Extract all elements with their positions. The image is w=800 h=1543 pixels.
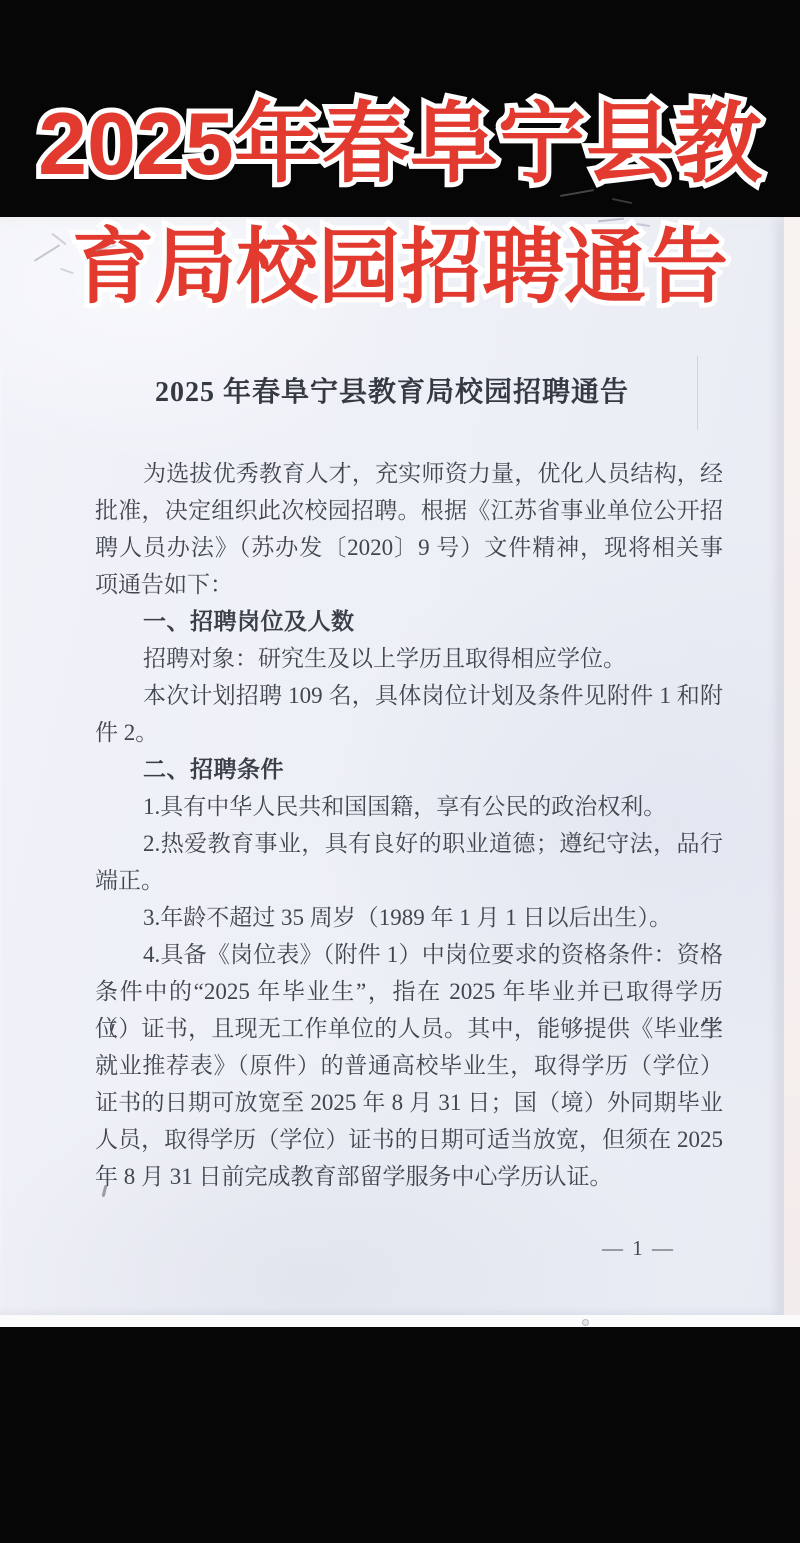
document-line: 一、招聘岗位及人数	[95, 603, 723, 640]
bottom-black-band	[0, 1327, 800, 1543]
document-line: 3.年龄不超过 35 周岁（1989 年 1 月 1 日以后出生）。	[95, 899, 723, 936]
document-line: 4.具备《岗位表》（附件 1）中岗位要求的资格条件：资格	[95, 936, 723, 973]
document-body: 为选拔优秀教育人才，充实师资力量，优化人员结构，经批准，决定组织此次校园招聘。根…	[95, 455, 723, 1195]
document-line: 2.热爱教育事业，具有良好的职业道德；遵纪守法，品行	[95, 825, 723, 862]
document-line: 证书的日期可放宽至 2025 年 8 月 31 日；国（境）外同期毕业	[95, 1084, 723, 1121]
document-line: 招聘对象：研究生及以上学历且取得相应学位。	[95, 640, 723, 677]
document-line: 二、招聘条件	[95, 751, 723, 788]
document-line: 条件中的“2025 年毕业生”，指在 2025 年毕业并已取得学历（学	[95, 973, 723, 1010]
headline-row-1: 2025年春阜宁县教	[0, 94, 800, 193]
document-line: 批准，决定组织此次校园招聘。根据《江苏省事业单位公开招	[95, 492, 723, 529]
headline-row-2: 育局校园招聘通告	[0, 222, 800, 315]
document-line: 端正。	[95, 862, 723, 899]
headline-text-line1: 2025年春阜宁县教	[38, 94, 762, 193]
document-line: 为选拔优秀教育人才，充实师资力量，优化人员结构，经	[95, 455, 723, 492]
document-line: 位）证书，且现无工作单位的人员。其中，能够提供《毕业生	[95, 1010, 723, 1047]
page-number: — 1 —	[95, 1236, 723, 1261]
document-line: 1.具有中华人民共和国国籍，享有公民的政治权利。	[95, 788, 723, 825]
scanned-document-page: 2025 年春阜宁县教育局校园招聘通告 为选拔优秀教育人才，充实师资力量，优化人…	[0, 217, 784, 1315]
document-line: 人员，取得学历（学位）证书的日期可适当放宽，但须在 2025	[95, 1121, 723, 1158]
headline-text-line2: 育局校园招聘通告	[72, 222, 728, 315]
document-line: 项通告如下：	[95, 566, 723, 603]
document-line: 本次计划招聘 109 名，具体岗位计划及条件见附件 1 和附	[95, 677, 723, 714]
document-line: 件 2。	[95, 714, 723, 751]
document-line: 年 8 月 31 日前完成教育部留学服务中心学历认证。	[95, 1158, 723, 1195]
document-line: 聘人员办法》（苏办发〔2020〕9 号）文件精神，现将相关事	[95, 529, 723, 566]
paper-right-edge	[784, 217, 800, 1315]
document-line: 就业推荐表》（原件）的普通高校毕业生，取得学历（学位）	[95, 1047, 723, 1084]
document-title: 2025 年春阜宁县教育局校园招聘通告	[0, 370, 784, 410]
paper-bottom-edge	[0, 1313, 800, 1327]
